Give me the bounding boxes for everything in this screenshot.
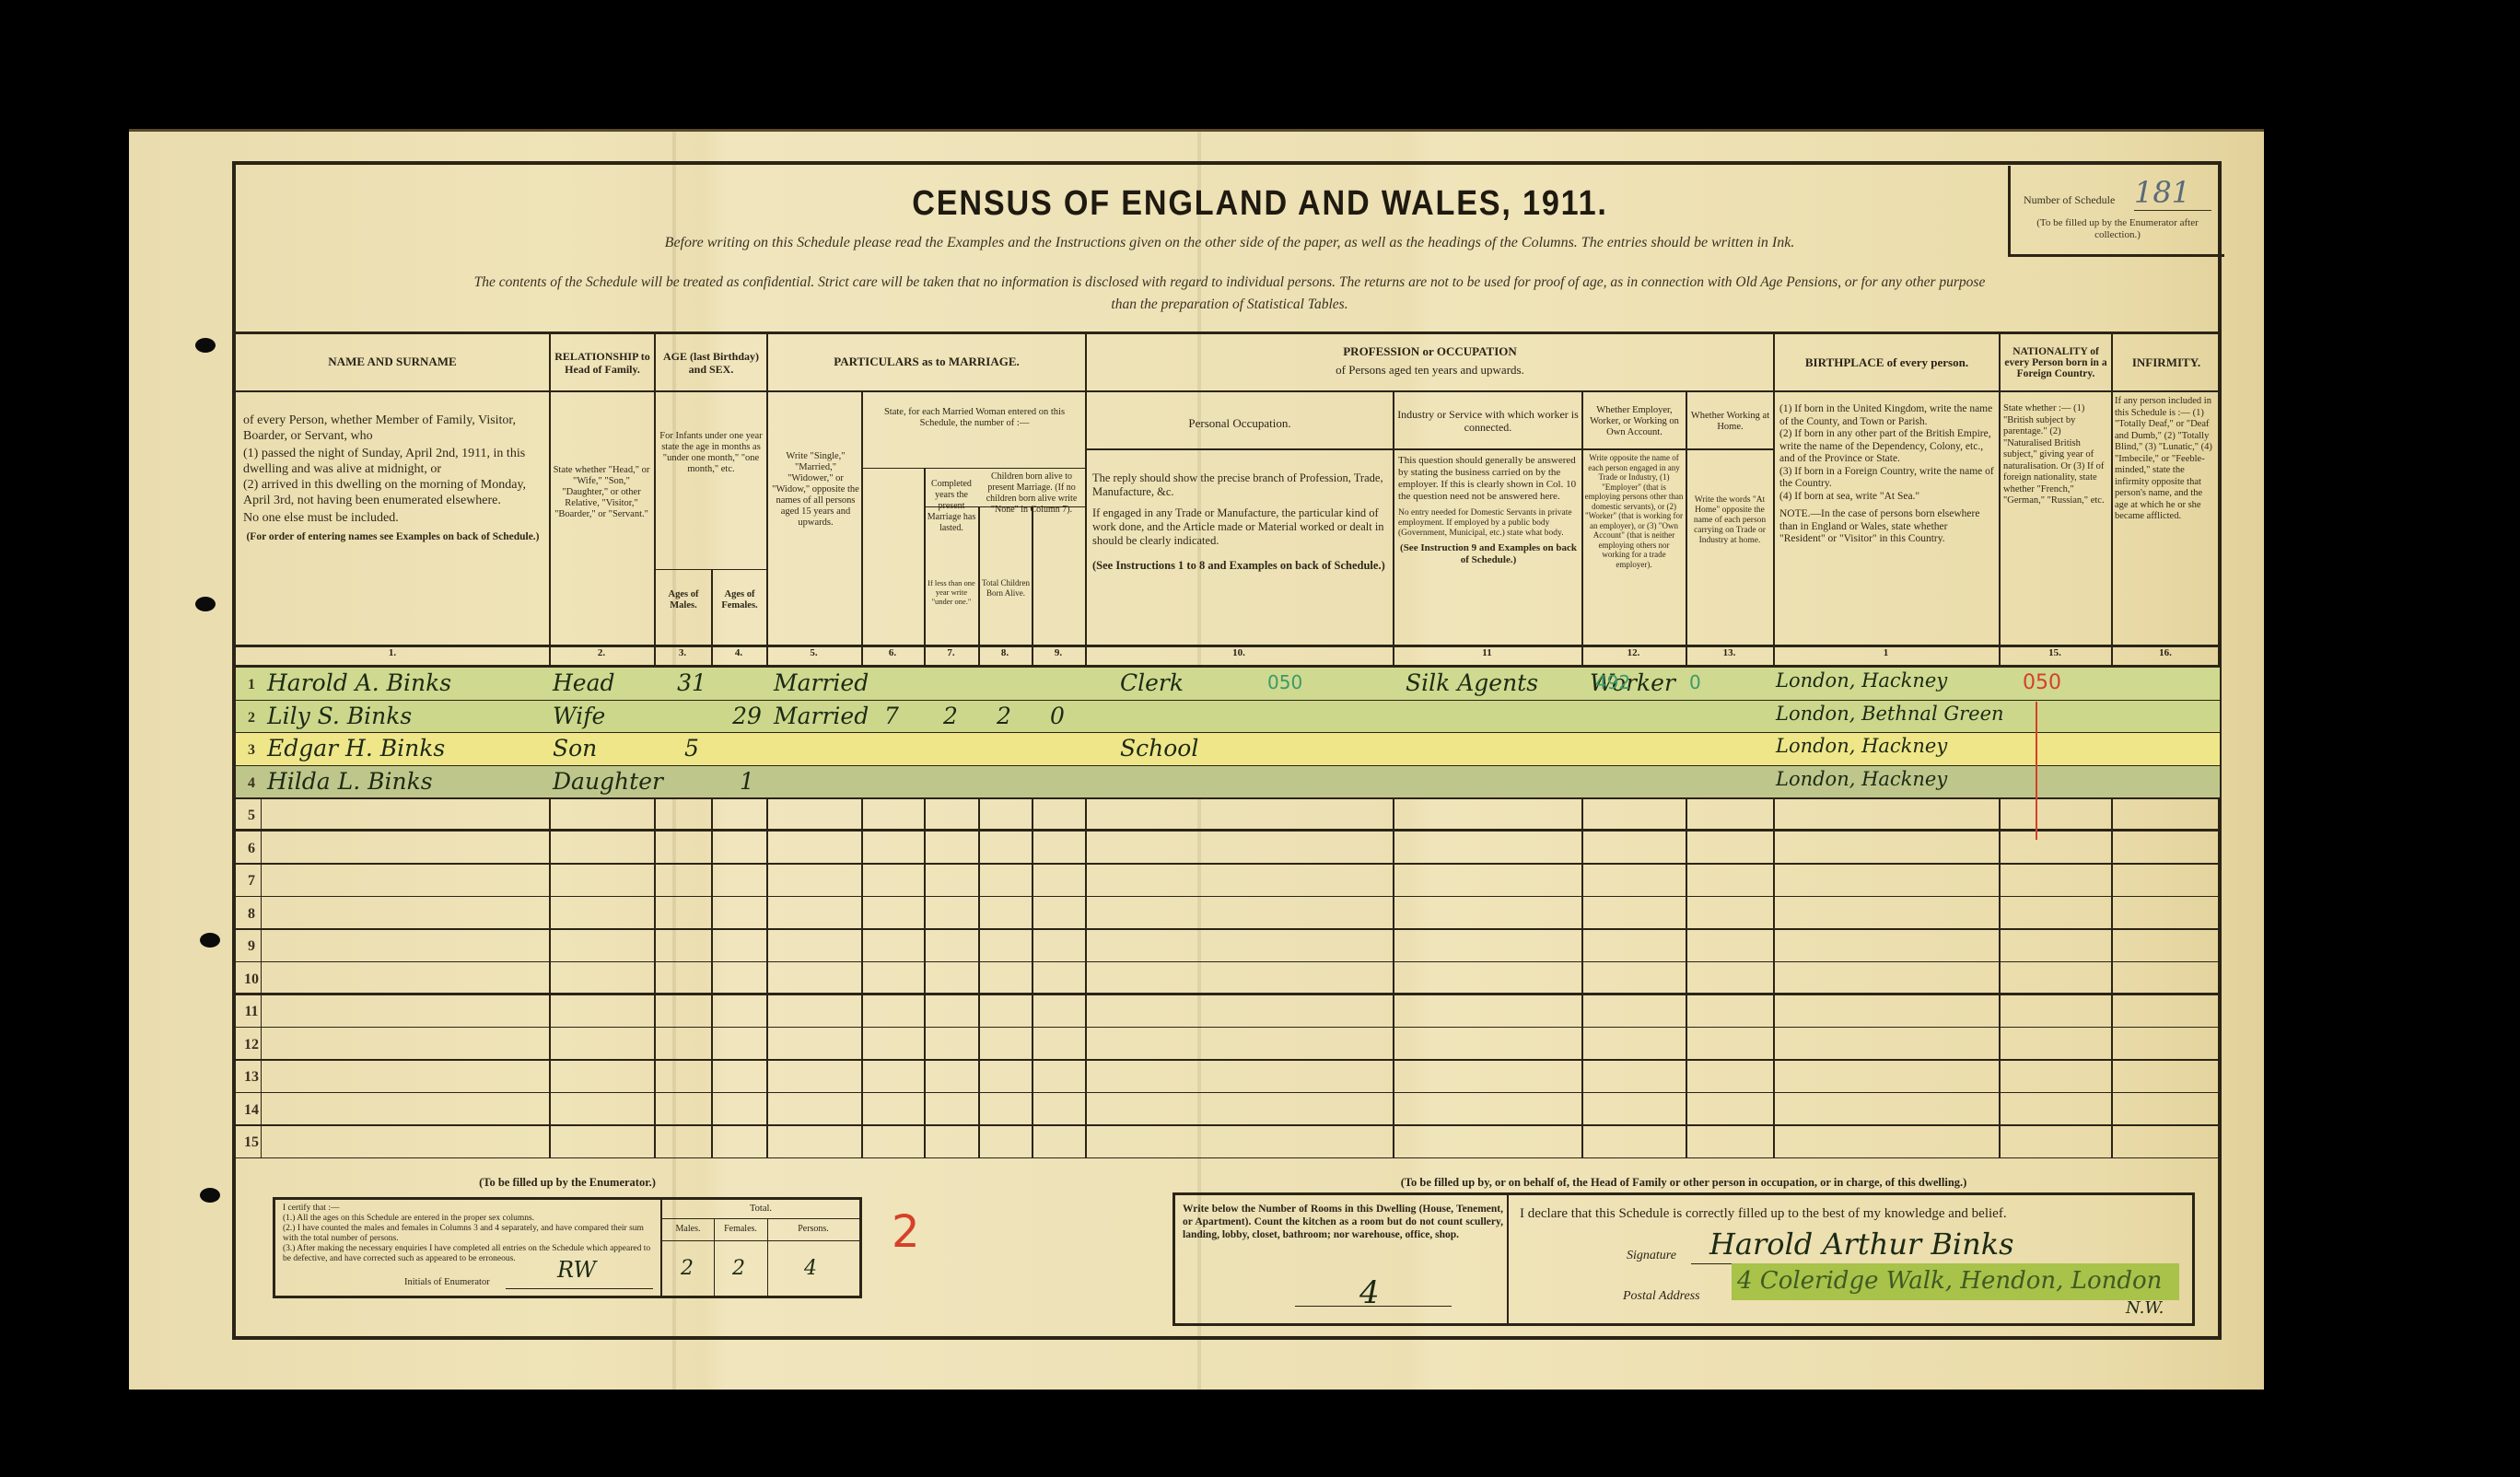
table-row: 8: [236, 897, 2220, 930]
row-number: 11: [241, 1004, 262, 1020]
birthplace-note: NOTE.—In the case of persons born elsewh…: [1779, 508, 1995, 546]
cell-name: Harold A. Binks: [267, 669, 543, 696]
row-number: 9: [241, 938, 262, 955]
postal-address-suffix: N.W.: [2126, 1298, 2164, 1318]
table-row: 1Harold A. BinksHead31MarriedClerkSilk A…: [236, 668, 2220, 701]
instruction-statistical: than the preparation of Statistical Tabl…: [249, 297, 2211, 313]
total-born-label: Total Children Born Alive.: [980, 578, 1032, 599]
industry-desc: This question should generally be answer…: [1398, 455, 1579, 566]
colnum-14: 1: [1773, 647, 1999, 658]
punch-hole: [200, 933, 220, 948]
total-females: 2: [732, 1257, 745, 1280]
table-row: 15: [236, 1125, 2220, 1158]
cell-age-male: 31: [669, 669, 715, 696]
cell-condition: Married: [774, 669, 866, 696]
instruction-ink: Before writing on this Schedule please r…: [249, 235, 2211, 251]
colnum-16: 16.: [2111, 647, 2220, 658]
row-number: 2: [241, 710, 262, 727]
cell-age-female: 1: [724, 768, 770, 795]
rooms-divider: [1507, 1195, 1509, 1323]
row-number: 14: [241, 1102, 262, 1119]
header-title-rule: [236, 390, 2220, 392]
employer-desc: Write opposite the name of each person e…: [1584, 453, 1684, 569]
cell-years: 7: [864, 703, 919, 729]
cell-relationship: Head: [553, 669, 654, 696]
red-check-line: [2036, 702, 2037, 840]
initials-label: Initials of Enumerator: [404, 1277, 490, 1287]
condition-desc: Write "Single," "Married," "Widower," or…: [772, 451, 859, 529]
cell-age-female: 29: [724, 703, 770, 729]
colnum-12: 12.: [1581, 647, 1686, 658]
rooms-instruction: Write below the Number of Rooms in this …: [1183, 1203, 1503, 1241]
name-desc-3: (2) arrived in this dwelling on the morn…: [243, 477, 542, 508]
personal-occupation-desc: The reply should show the precise branch…: [1092, 471, 1387, 573]
instruction-confidential: The contents of the Schedule will be tre…: [249, 274, 2211, 291]
punch-hole: [195, 338, 216, 353]
industry-desc-3: (See Instruction 9 and Examples on back …: [1398, 542, 1579, 566]
occupation-sub-rule: [1085, 448, 1775, 450]
certify-3: (3.) After making the necessary enquirie…: [283, 1244, 660, 1264]
row-number: 6: [241, 841, 262, 857]
colnum-3: 3.: [654, 647, 711, 658]
certify-1: (1.) All the ages on this Schedule are e…: [283, 1214, 660, 1224]
personal-desc-1: The reply should show the precise branch…: [1092, 471, 1387, 499]
cell-name: Hilda L. Binks: [267, 768, 543, 795]
postal-address: 4 Coleridge Walk, Hendon, London: [1737, 1267, 2162, 1295]
name-desc-4: No one else must be included.: [243, 510, 542, 526]
row-number: 10: [241, 971, 262, 988]
table-row: 4Hilda L. BinksDaughter1London, Hackney: [236, 766, 2220, 799]
personal-occupation-label: Personal Occupation.: [1087, 405, 1393, 442]
heading-age: AGE (last Birthday) and SEX.: [656, 335, 766, 390]
table-row: 10: [236, 962, 2220, 995]
cell-industry: Silk Agents: [1406, 669, 1590, 696]
table-row: 11: [236, 994, 2220, 1028]
certify-2: (2.) I have counted the males and female…: [283, 1224, 660, 1244]
total-label: Total.: [662, 1204, 859, 1214]
row-number: 5: [241, 808, 262, 824]
row-number: 13: [241, 1069, 262, 1086]
enumerator-heading: (To be filled up by the Enumerator.): [273, 1176, 862, 1190]
total-rule-2: [662, 1240, 859, 1241]
colnum-5: 5.: [766, 647, 861, 658]
name-desc-5: (For order of entering names see Example…: [243, 531, 542, 543]
code-ind-code: 492: [1595, 671, 1630, 693]
householder-box: Write below the Number of Rooms in this …: [1172, 1192, 2195, 1326]
cell-birthplace: London, Hackney: [1776, 735, 2001, 757]
cell-relationship: Son: [553, 735, 654, 762]
age-desc: For Infants under one year state the age…: [658, 431, 764, 475]
initials-line: [506, 1288, 653, 1289]
schedule-number-box: Number of Schedule 181 (To be filled up …: [2008, 166, 2224, 257]
total-males: 2: [681, 1257, 694, 1280]
colnum-9: 9.: [1032, 647, 1085, 658]
red-annotation: 2: [892, 1206, 920, 1258]
table-row: 6: [236, 832, 2220, 865]
row-number: 7: [241, 873, 262, 890]
marriage-sub-rule: [861, 468, 1085, 469]
birthplace-desc-2: (2) If born in any other part of the Bri…: [1779, 428, 1995, 466]
heading-name: NAME AND SURNAME: [236, 333, 549, 390]
colnum-2: 2.: [549, 647, 654, 658]
declaration: I declare that this Schedule is correctl…: [1520, 1206, 2007, 1222]
table-row: 7: [236, 864, 2220, 897]
colnum-4: 4.: [711, 647, 766, 658]
row-number: 1: [241, 677, 262, 693]
colnum-10: 10.: [1085, 647, 1393, 658]
table-row: 2Lily S. BinksWife29Married7220London, B…: [236, 701, 2220, 734]
table-row: 3Edgar H. BinksSon5SchoolLondon, Hackney: [236, 733, 2220, 766]
enumerator-box: I certify that :— (1.) All the ages on t…: [273, 1197, 862, 1298]
cell-birthplace: London, Bethnal Green: [1776, 703, 2001, 725]
relationship-desc: State whether "Head," or "Wife," "Son," …: [553, 465, 650, 520]
cell-name: Edgar H. Binks: [267, 735, 543, 762]
punch-hole: [195, 597, 216, 611]
nationality-desc: State whether :— (1) "British subject by…: [2003, 403, 2108, 507]
name-desc: of every Person, whether Member of Famil…: [243, 413, 542, 543]
table-row: 9: [236, 929, 2220, 962]
total-persons: 4: [804, 1257, 817, 1280]
code-occ-code: 050: [1267, 671, 1302, 693]
personal-desc-3: (See Instructions 1 to 8 and Examples on…: [1092, 559, 1387, 573]
years-desc: Completed years the present Marriage has…: [926, 479, 977, 534]
signature: Harold Arthur Binks: [1709, 1227, 2014, 1262]
table-row: 14: [236, 1093, 2220, 1126]
industry-desc-1: This question should generally be answer…: [1398, 455, 1579, 503]
signature-label: Signature: [1627, 1249, 1676, 1263]
punch-hole: [200, 1188, 220, 1203]
infirmity-desc: If any person included in this Schedule …: [2115, 396, 2218, 523]
married-woman-desc: State, for each Married Woman entered on…: [866, 407, 1083, 429]
name-desc-2: (1) passed the night of Sunday, April 2n…: [243, 446, 542, 477]
row-number: 4: [241, 775, 262, 792]
heading-nationality: NATIONALITY of every Person born in a Fo…: [2001, 335, 2111, 390]
enumerator-initials: RW: [557, 1257, 596, 1283]
heading-occupation-sub: of Persons aged ten years and upwards.: [1087, 361, 1773, 379]
birthplace-desc-1: (1) If born in the United Kingdom, write…: [1779, 403, 1995, 428]
cell-birthplace: London, Hackney: [1776, 669, 2001, 692]
cell-relationship: Daughter: [553, 768, 654, 795]
table-row: 12: [236, 1028, 2220, 1061]
cell-living: 2: [978, 703, 1030, 729]
total-divider: [660, 1200, 662, 1296]
heading-occupation: PROFESSION or OCCUPATION: [1087, 343, 1773, 361]
schedule-number-note: (To be filled up by the Enumerator after…: [2014, 217, 2221, 241]
birthplace-desc: (1) If born in the United Kingdom, write…: [1779, 403, 1995, 546]
cell-died: 0: [1032, 703, 1083, 729]
industry-label: Industry or Service with which worker is…: [1394, 398, 1581, 444]
cell-occupation: Clerk: [1120, 669, 1277, 696]
colnum-7: 7.: [924, 647, 978, 658]
row-number: 8: [241, 906, 262, 923]
colnum-15: 15.: [1999, 647, 2111, 658]
males-label: Males.: [662, 1224, 714, 1234]
colnum-8: 8.: [978, 647, 1032, 658]
age-sub-rule: [654, 569, 766, 570]
persons-label: Persons.: [767, 1224, 859, 1234]
personal-desc-2: If engaged in any Trade or Manufacture, …: [1092, 506, 1387, 548]
females-label: Females.: [714, 1224, 767, 1234]
heading-birthplace: BIRTHPLACE of every person.: [1775, 335, 1999, 390]
cell-name: Lily S. Binks: [267, 703, 543, 729]
employer-label: Whether Employer, Worker, or Working on …: [1583, 396, 1686, 448]
code-nat-code: 050: [2023, 671, 2061, 694]
enumerator-certify: I certify that :— (1.) All the ages on t…: [283, 1204, 660, 1264]
birthplace-desc-4: (4) If born at sea, write "At Sea.": [1779, 491, 1995, 504]
row-number: 15: [241, 1134, 262, 1151]
row-number: 12: [241, 1037, 262, 1053]
schedule-number-value: 181: [2134, 175, 2211, 211]
total-rule: [662, 1218, 859, 1219]
colnum-6: 6.: [861, 647, 924, 658]
table-row: 5: [236, 798, 2220, 832]
table-row: 13: [236, 1060, 2220, 1093]
heading-marriage: PARTICULARS as to MARRIAGE.: [768, 333, 1085, 390]
certify-label: I certify that :—: [283, 1204, 660, 1214]
birthplace-desc-3: (3) If born in a Foreign Country, write …: [1779, 466, 1995, 491]
cell-born: 2: [925, 703, 976, 729]
heading-relationship: RELATIONSHIP to Head of Family.: [551, 335, 654, 390]
householder-heading: (To be filled up by, or on behalf of, th…: [1172, 1176, 2195, 1190]
cell-condition: Married: [774, 703, 866, 729]
cell-age-male: 5: [669, 735, 715, 762]
schedule-number-label: Number of Schedule: [2024, 193, 2115, 207]
cell-relationship: Wife: [553, 703, 654, 729]
cell-birthplace: London, Hackney: [1776, 768, 2001, 790]
row-rule: [236, 1157, 2220, 1159]
name-desc-1: of every Person, whether Member of Famil…: [243, 413, 542, 444]
colnum-11: 11: [1393, 647, 1581, 658]
home-label: Whether Working at Home.: [1687, 396, 1773, 448]
age-females-label: Ages of Females.: [713, 589, 766, 611]
years-small: If less than one year write "under one.": [926, 578, 977, 606]
children-header: Children born alive to present Marriage.…: [980, 471, 1083, 516]
code-emp-code: 0: [1689, 671, 1701, 693]
home-desc: Write the words "At Home" opposite the n…: [1689, 495, 1770, 546]
row-number: 3: [241, 742, 262, 759]
cell-occupation: School: [1120, 735, 1277, 762]
rooms-count: 4: [1359, 1274, 1380, 1311]
colnum-1: 1.: [236, 647, 549, 658]
address-label: Postal Address: [1623, 1289, 1700, 1304]
industry-desc-2: No entry needed for Domestic Servants in…: [1398, 508, 1579, 539]
heading-infirmity: INFIRMITY.: [2113, 335, 2220, 390]
colnum-13: 13.: [1686, 647, 1773, 658]
age-males-label: Ages of Males.: [658, 589, 709, 611]
